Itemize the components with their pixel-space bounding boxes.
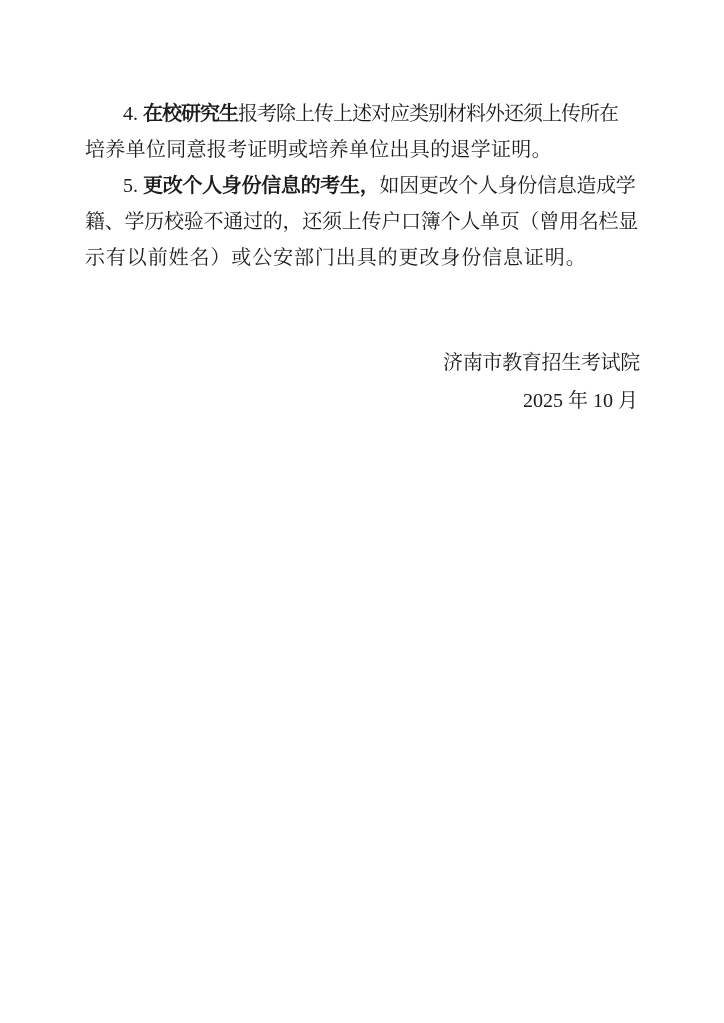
document-page: 4.在校研究生报考除上传上述对应类别材料外还须上传所在培养单位同意报考证明或培养…: [0, 0, 724, 1023]
document-line: 籍、学历校验不通过的，还须上传户口簿个人单页（曾用名栏显: [85, 204, 638, 240]
list-number: 4.: [123, 103, 138, 125]
list-number: 5.: [123, 175, 138, 197]
body-text: 示有以前姓名）或公安部门出具的更改身份信息证明。: [85, 247, 587, 269]
emphasis-text: 在校研究生: [143, 103, 238, 125]
document-line: 培养单位同意报考证明或培养单位出具的退学证明。: [85, 132, 638, 168]
signature-block: 济南市教育招生考试院 2025 年 10 月: [443, 344, 640, 420]
document-line: 4.在校研究生报考除上传上述对应类别材料外还须上传所在: [85, 96, 638, 132]
body-text: 如因更改个人身份信息造成学: [379, 175, 635, 197]
signature-organization: 济南市教育招生考试院: [443, 344, 640, 382]
body-text: 籍、学历校验不通过的，还须上传户口簿个人单页（曾用名栏显: [85, 211, 638, 233]
document-body: 4.在校研究生报考除上传上述对应类别材料外还须上传所在培养单位同意报考证明或培养…: [85, 96, 638, 276]
document-line: 示有以前姓名）或公安部门出具的更改身份信息证明。: [85, 240, 638, 276]
body-text: 报考除上传上述对应类别材料外还须上传所在: [238, 103, 618, 125]
document-line: 5.更改个人身份信息的考生，如因更改个人身份信息造成学: [85, 168, 638, 204]
signature-date: 2025 年 10 月: [443, 382, 640, 420]
emphasis-text: 更改个人身份信息的考生，: [143, 175, 379, 197]
body-text: 培养单位同意报考证明或培养单位出具的退学证明。: [85, 139, 552, 161]
